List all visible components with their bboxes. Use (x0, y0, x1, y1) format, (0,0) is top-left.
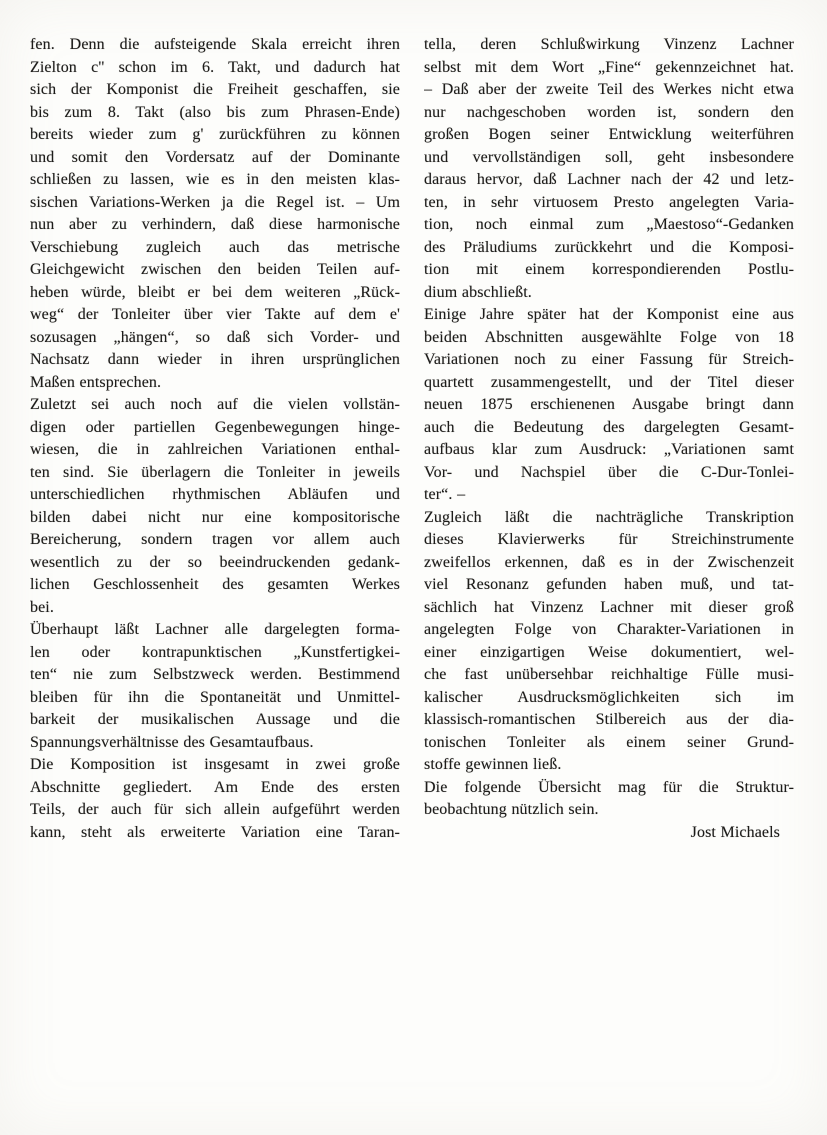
paragraph: Zugleich läßt die nachträgliche Transkri… (424, 507, 794, 777)
text-line: Nachsatz dann wieder in ihren ursprüngli… (30, 349, 400, 372)
text-line: Zuletzt sei auch noch auf die vielen vol… (30, 394, 400, 417)
text-line: zweifellos erkennen, daß es in der Zwisc… (424, 552, 794, 575)
text-line: bis zum 8. Takt (also bis zum Phrasen-En… (30, 102, 400, 125)
signature-line: Jost Michaels (424, 822, 794, 845)
text-line: tion mit einem korrespondierenden Postlu… (424, 259, 794, 282)
text-line: ten“ nie zum Selbstzweck werden. Bestimm… (30, 664, 400, 687)
text-line: selbst mit dem Wort „Fine“ gekennzeichne… (424, 57, 794, 80)
text-line: dieses Klavierwerks für Streichinstrumen… (424, 529, 794, 552)
text-line: bereits wieder zum g' zurückführen zu kö… (30, 124, 400, 147)
text-line: fen. Denn die aufsteigende Skala erreich… (30, 34, 400, 57)
text-line: Die Komposition ist insgesamt in zwei gr… (30, 754, 400, 777)
text-line: bei. (30, 597, 400, 620)
text-line: tion, noch einmal zum „Maestoso“-Gedanke… (424, 214, 794, 237)
paragraph: Zuletzt sei auch noch auf die vielen vol… (30, 394, 400, 619)
text-line: Maßen entsprechen. (30, 372, 400, 395)
paragraph: tella, deren Schlußwirkung Vinzenz Lachn… (424, 34, 794, 304)
paragraph: Überhaupt läßt Lachner alle dargelegten … (30, 619, 400, 754)
text-line: Bereicherung, sondern tragen vor allem a… (30, 529, 400, 552)
text-line: ten sind. Sie überlagern die Tonleiter i… (30, 462, 400, 485)
paragraph: Die Komposition ist insgesamt in zwei gr… (30, 754, 400, 844)
text-line: wesentlich zu der so beeindruckenden ged… (30, 552, 400, 575)
text-columns: fen. Denn die aufsteigende Skala erreich… (0, 0, 827, 844)
text-line: schließen zu lassen, wie es in den meist… (30, 169, 400, 192)
text-line: Teils, der auch für sich allein aufgefüh… (30, 799, 400, 822)
text-line: Einige Jahre später hat der Komponist ei… (424, 304, 794, 327)
signature: Jost Michaels (424, 822, 794, 845)
text-line: ten, in sehr virtuosem Presto angelegten… (424, 192, 794, 215)
text-line: großen Bogen seiner Entwicklung weiterfü… (424, 124, 794, 147)
text-line: nun aber zu verhindern, daß diese harmon… (30, 214, 400, 237)
text-line: tonischen Tonleiter als einem seiner Gru… (424, 732, 794, 755)
text-line: daraus hervor, daß Lachner nach der 42 u… (424, 169, 794, 192)
text-line: Verschiebung zugleich auch das metrische (30, 237, 400, 260)
text-line: len oder kontrapunktischen „Kunstfertigk… (30, 642, 400, 665)
text-line: Zugleich läßt die nachträgliche Transkri… (424, 507, 794, 530)
text-line: nur nachgeschoben worden ist, sondern de… (424, 102, 794, 125)
text-line: bilden dabei nicht nur eine kompositoris… (30, 507, 400, 530)
text-line: quartett zusammengestellt, und der Titel… (424, 372, 794, 395)
paragraph: Einige Jahre später hat der Komponist ei… (424, 304, 794, 507)
text-line: viel Resonanz gefunden haben muß, und ta… (424, 574, 794, 597)
text-line: sozusagen „hängen“, so daß sich Vorder- … (30, 327, 400, 350)
text-line: tella, deren Schlußwirkung Vinzenz Lachn… (424, 34, 794, 57)
text-line: auch die Bedeutung des dargelegten Gesam… (424, 417, 794, 440)
paragraph: fen. Denn die aufsteigende Skala erreich… (30, 34, 400, 394)
document-page: fen. Denn die aufsteigende Skala erreich… (0, 0, 827, 1135)
text-line: Zielton c'' schon im 6. Takt, und dadurc… (30, 57, 400, 80)
text-line: Überhaupt läßt Lachner alle dargelegten … (30, 619, 400, 642)
text-line: dium abschließt. (424, 282, 794, 305)
paragraph: Die folgende Übersicht mag für die Struk… (424, 777, 794, 822)
text-line: heben würde, bleibt er bei dem weiteren … (30, 282, 400, 305)
text-line: einer einzigartigen Weise dokumentiert, … (424, 642, 794, 665)
text-line: neuen 1875 erschienenen Ausgabe bringt d… (424, 394, 794, 417)
text-line: kalischer Ausdrucksmöglichkeiten sich im (424, 687, 794, 710)
text-line: stoffe gewinnen ließ. (424, 754, 794, 777)
text-line: ter“. – (424, 484, 794, 507)
text-line: – Daß aber der zweite Teil des Werkes ni… (424, 79, 794, 102)
text-line: und vervollständigen soll, geht insbeson… (424, 147, 794, 170)
text-line: che fast unübersehbar reichhaltige Fülle… (424, 664, 794, 687)
text-line: Vor- und Nachspiel über die C-Dur-Tonlei… (424, 462, 794, 485)
text-line: lichen Geschlossenheit des gesamten Werk… (30, 574, 400, 597)
text-line: Gleichgewicht zwischen den beiden Teilen… (30, 259, 400, 282)
text-line: des Präludiums zurückkehrt und die Kompo… (424, 237, 794, 260)
text-line: wiesen, die in zahlreichen Variationen e… (30, 439, 400, 462)
text-line: bleiben für ihn die Spontaneität und Unm… (30, 687, 400, 710)
text-line: klassisch-romantischen Stilbereich aus d… (424, 709, 794, 732)
text-line: Spannungsverhältnisse des Gesamtaufbaus. (30, 732, 400, 755)
text-line: beobachtung nützlich sein. (424, 799, 794, 822)
column-right: tella, deren Schlußwirkung Vinzenz Lachn… (424, 34, 794, 844)
text-line: Variationen noch zu einer Fassung für St… (424, 349, 794, 372)
text-line: angelegten Folge von Charakter-Variation… (424, 619, 794, 642)
text-line: weg“ der Tonleiter über vier Takte auf d… (30, 304, 400, 327)
column-left: fen. Denn die aufsteigende Skala erreich… (30, 34, 400, 844)
text-line: aufbaus klar zum Ausdruck: „Variationen … (424, 439, 794, 462)
text-line: sächlich hat Vinzenz Lachner mit dieser … (424, 597, 794, 620)
text-line: Die folgende Übersicht mag für die Struk… (424, 777, 794, 800)
text-line: digen oder partiellen Gegenbewegungen hi… (30, 417, 400, 440)
text-line: kann, steht als erweiterte Variation ein… (30, 822, 400, 845)
text-line: sich der Komponist die Freiheit geschaff… (30, 79, 400, 102)
text-line: beiden Abschnitten ausgewählte Folge von… (424, 327, 794, 350)
text-line: sischen Variations-Werken ja die Regel i… (30, 192, 400, 215)
text-line: und somit den Vordersatz auf der Dominan… (30, 147, 400, 170)
text-line: unterschiedlichen rhythmischen Abläufen … (30, 484, 400, 507)
text-line: barkeit der musikalischen Aussage und di… (30, 709, 400, 732)
text-line: Abschnitte gegliedert. Am Ende des erste… (30, 777, 400, 800)
